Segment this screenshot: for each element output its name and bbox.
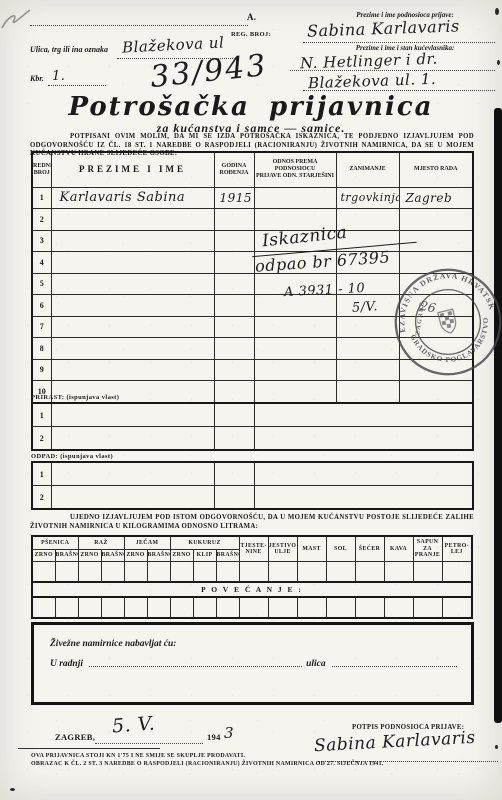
form-title: Potrošačka prijavnica <box>0 92 502 122</box>
prirast-table: 1 2 <box>31 402 474 451</box>
col-odnos: ODNOS PREMA PODNOSIOCU PRIJAVE ODN. STAR… <box>254 152 336 187</box>
entry-occupation: trgovkinja <box>341 191 400 204</box>
col-secer: ŠEĆER <box>355 536 384 561</box>
table-row: 3 <box>32 230 473 252</box>
table-row: 1 <box>32 403 473 427</box>
shop-dotted-line <box>89 665 302 667</box>
col-jestivo-ulje: JESTIVO ULJE <box>268 536 297 561</box>
table-row: 4 <box>32 252 473 274</box>
col-tjestenine: TJESTE- NINE <box>239 536 268 561</box>
shop-label: U radnji <box>50 659 83 669</box>
sub-col-zrno: ZRNO <box>78 549 101 561</box>
povecanje-row: P O V E Ć A N J E : <box>32 582 472 597</box>
signature-handwritten: Sabina Karlavaris <box>314 728 476 756</box>
purchase-declaration-box: Živežne namirnice nabavljat ću: U radnji… <box>31 622 474 705</box>
col-mast: MAST <box>297 536 326 561</box>
table-row: 1 Karlavaris Sabina 1915 trgovkinja Zagr… <box>32 187 473 209</box>
year-handwritten: 3 <box>224 724 234 742</box>
purchase-line1: Živežne namirnice nabavljat ću: <box>50 639 471 649</box>
scan-speck <box>10 788 15 791</box>
table-row: 2 <box>32 486 473 510</box>
file-number-handwritten: 33/943 <box>148 48 269 95</box>
table-row: 2 <box>32 427 473 451</box>
applicant-name-value: Sabina Karlavaris <box>307 16 460 40</box>
landlord-address-dotted-line <box>303 89 495 91</box>
entry-birth-year: 1915 <box>220 191 253 205</box>
odpad-table: 1 2 <box>31 461 474 510</box>
col-psenica: PŠENICA <box>32 536 78 549</box>
table-row: 2 <box>32 209 473 231</box>
year-printed: 194 <box>207 732 221 742</box>
supplies-data-row <box>32 597 472 618</box>
supplies-table: PŠENICA RAŽ JEČAM KUKURUZ TJESTE- NINE J… <box>31 535 473 619</box>
col-zanimanje: ZANIMANJE <box>336 152 399 187</box>
sub-col-zrno: ZRNO <box>170 549 193 561</box>
supplies-data-row <box>32 561 472 582</box>
sub-col-klip: KLIP <box>193 549 216 561</box>
corner-scribble-mark <box>0 2 46 42</box>
scan-speck <box>495 745 498 749</box>
col-petrolej: PETRO- LEJ <box>442 536 472 561</box>
col-kukuruz: KUKURUZ <box>170 536 239 549</box>
sub-col-brasno: BRAŠNO <box>216 549 239 561</box>
ulica-dotted-line <box>332 665 457 667</box>
kbr-value: 1. <box>52 69 65 84</box>
sub-col-brasno: BRAŠNO <box>101 549 124 561</box>
col-mjesto-rada: MJESTO RADA <box>399 152 473 187</box>
street-field-label: Ulica, trg ili ina oznaka <box>30 45 108 54</box>
ulica-label: ulica <box>306 659 326 669</box>
top-dotted-line <box>30 24 248 26</box>
col-sapun: SAPUN ZA PRANJE <box>413 536 442 561</box>
applicant-dotted-line <box>303 41 495 43</box>
scan-edge-artifact <box>494 108 502 723</box>
date-handwritten: 5. V. <box>111 713 156 738</box>
col-godina-rodjenja: GODINA ROĐENJA <box>214 152 254 187</box>
legal-note: OBRAZAC K ČL. 2 ST. 3 NAREDBE O RASPODJE… <box>31 761 384 767</box>
col-jecam: JEČAM <box>124 536 170 549</box>
entry-workplace: Zagreb <box>406 191 453 205</box>
col-redni-broj: REDNI BROJ <box>32 152 51 187</box>
kbr-label: Kbr. <box>30 74 44 83</box>
section-marker-a: A. <box>247 12 256 22</box>
stamp-coat-of-arms <box>438 309 458 335</box>
entry-name: Karlavaris Sabina <box>60 190 186 205</box>
kbr-dotted-line <box>48 84 106 86</box>
table-row: 1 <box>32 462 473 486</box>
col-prezime-ime: PREZIME I IME <box>51 152 214 187</box>
scanned-form-page: A. REG. BROJ: Prezime i ime podnosioca p… <box>0 0 502 800</box>
date-dotted-line <box>95 742 203 744</box>
sub-col-zrno: ZRNO <box>124 549 147 561</box>
sub-col-brasno: BRAŠNO <box>55 549 78 561</box>
sub-col-zrno: ZRNO <box>32 549 55 561</box>
col-raz: RAŽ <box>78 536 124 549</box>
scan-speck <box>495 8 499 15</box>
city-label: ZAGREB, <box>55 732 95 742</box>
odpad-label: ODPAD: (ispunjava vlast) <box>31 453 113 460</box>
annotation-date: 5/V. <box>352 299 379 316</box>
col-kava: KAVA <box>384 536 413 561</box>
sub-col-brasno: BRAŠNO <box>147 549 170 561</box>
supplies-intro-paragraph: UJEDNO IZJAVLJUJEM POD ISTOM ODGOVORNOŠĆ… <box>30 514 474 531</box>
scan-speck <box>497 60 500 65</box>
footer-separator-line <box>18 748 160 749</box>
reg-broj-label: REG. BROJ: <box>231 31 271 38</box>
price-note: OVA PRIJAVNICA STOJI KN 1'75 I NE SMIJE … <box>31 753 245 759</box>
col-sol: SOL <box>326 536 355 561</box>
prirast-label: PRIRAST: (ispunjava vlast) <box>31 394 119 401</box>
